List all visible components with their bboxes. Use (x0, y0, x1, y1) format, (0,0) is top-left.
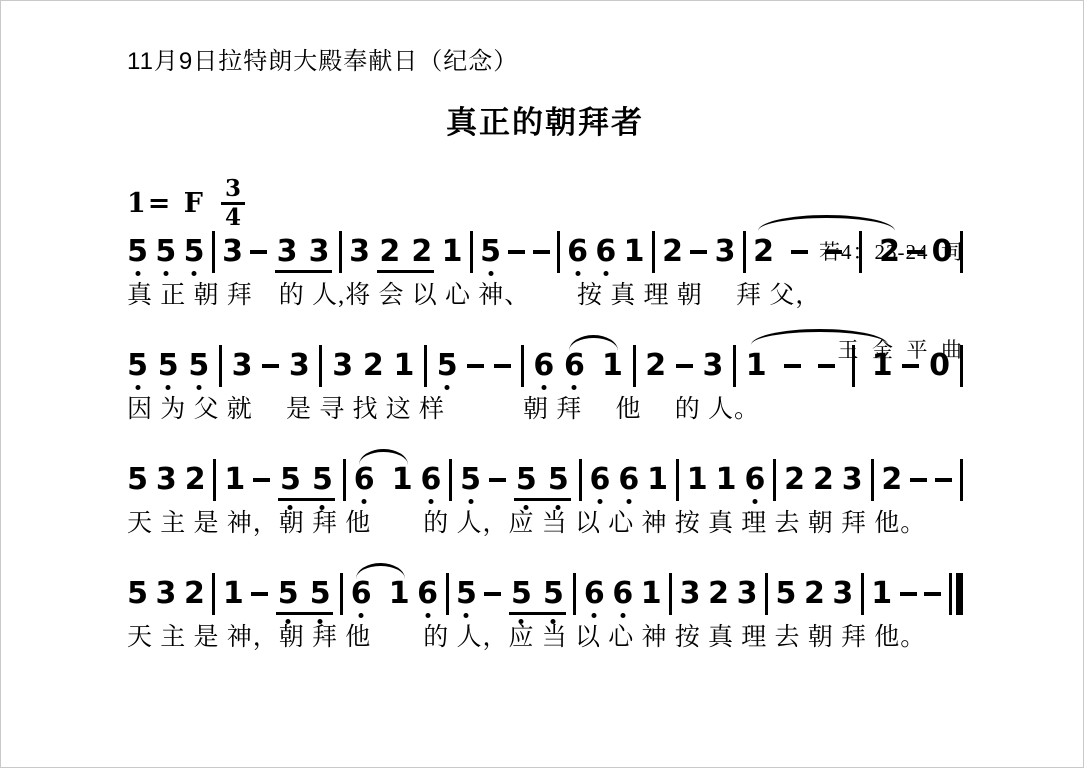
slur-tie-group: 11 (746, 345, 893, 387)
note: 0 (932, 237, 953, 267)
duration-dash (818, 364, 835, 368)
duration-dash (533, 250, 550, 254)
note-low-octave: 5 (516, 465, 537, 495)
note: 2 (645, 351, 666, 381)
duration-dash (690, 250, 707, 254)
note: 2 (753, 237, 774, 267)
barline (960, 345, 963, 387)
barline (446, 573, 449, 615)
note-low-octave: 6 (589, 465, 610, 495)
barline (579, 459, 582, 501)
note: 5 (775, 579, 796, 609)
duration-dash (907, 250, 924, 254)
duration-dash (676, 364, 693, 368)
duration-dash (900, 592, 917, 596)
credits-block: 若4：23-24 词 王 金 平 曲 (819, 171, 963, 431)
note-low-octave: 5 (127, 351, 148, 381)
barline (852, 345, 855, 387)
note: 2 (411, 237, 432, 267)
note-low-octave: 6 (420, 465, 441, 495)
eighth-note-beam-group: 55 (278, 465, 335, 495)
eighth-note-beam-group: 55 (514, 465, 571, 495)
note: 3 (832, 579, 853, 609)
eighth-note-beam-group: 55 (509, 579, 566, 609)
final-barline-thick (956, 573, 963, 615)
note-low-octave: 6 (354, 465, 375, 495)
music-system-3: 5321556165556611162232 天 主 是 神，朝 拜 他 的 人… (127, 457, 963, 541)
note: 1 (442, 237, 463, 267)
note: 1 (223, 579, 244, 609)
note: 1 (393, 351, 414, 381)
note: 2 (804, 579, 825, 609)
eighth-note-beam-group: 33 (275, 237, 332, 267)
note-low-octave: 5 (456, 579, 477, 609)
barline (652, 231, 655, 273)
note: 2 (813, 465, 834, 495)
note-low-octave: 6 (564, 351, 585, 381)
note: 3 (680, 579, 701, 609)
barline (861, 573, 864, 615)
note: 1 (746, 351, 767, 381)
duration-dash (250, 250, 267, 254)
slur-tie-group: 22 (753, 231, 900, 273)
eighth-note-beam-group: 22 (377, 237, 434, 267)
note-low-octave: 5 (310, 579, 331, 609)
key-prefix: 1= F (127, 188, 205, 219)
note: 3 (277, 237, 298, 267)
barline (424, 345, 427, 387)
barline (743, 231, 746, 273)
barline (339, 231, 342, 273)
note-low-octave: 5 (155, 237, 176, 267)
duration-dash (784, 364, 801, 368)
note: 2 (379, 237, 400, 267)
duration-dash (924, 592, 941, 596)
note: 5 (127, 579, 148, 609)
note: 2 (662, 237, 683, 267)
note-low-octave: 5 (543, 579, 564, 609)
music-system-4: 5321556165556613235231 天 主 是 神，朝 拜 他 的 人… (127, 571, 963, 655)
note: 3 (232, 351, 253, 381)
duration-dash (251, 592, 268, 596)
notation-line-4: 5321556165556613235231 (127, 571, 963, 617)
barline (212, 231, 215, 273)
note: 1 (224, 465, 245, 495)
note-low-octave: 6 (417, 579, 438, 609)
slur-tie-group: 61 (564, 351, 623, 381)
barline (449, 459, 452, 501)
note: 2 (708, 579, 729, 609)
notation-line-1: 5553333221566123220 (127, 229, 963, 275)
note: 3 (737, 579, 758, 609)
barline (219, 345, 222, 387)
slur-tie-group: 61 (351, 579, 410, 609)
sheet-music-page: 11月9日拉特朗大殿奉献日（纪念） 真正的朝拜者 1= F 3 4 若4：23-… (0, 0, 1084, 768)
time-signature-numerator: 3 (221, 177, 245, 205)
key-signature: 1= F 3 4 (127, 177, 245, 230)
note: 2 (363, 351, 384, 381)
note-low-octave: 6 (584, 579, 605, 609)
duration-dash (262, 364, 279, 368)
note: 2 (184, 579, 205, 609)
barline (871, 459, 874, 501)
barline (859, 231, 862, 273)
note-low-octave: 6 (618, 465, 639, 495)
note: 1 (389, 579, 410, 609)
note: 1 (624, 237, 645, 267)
barline (676, 459, 679, 501)
barline (557, 231, 560, 273)
note-low-octave: 6 (567, 237, 588, 267)
duration-dash (489, 478, 506, 482)
duration-dash (791, 250, 808, 254)
note-low-octave: 5 (127, 237, 148, 267)
note: 1 (872, 351, 893, 381)
barline (319, 345, 322, 387)
final-barline-thin (949, 573, 952, 615)
duration-dash (902, 364, 919, 368)
note-low-octave: 5 (460, 465, 481, 495)
barline (960, 459, 963, 501)
note: 3 (842, 465, 863, 495)
note: 3 (156, 465, 177, 495)
lyrics-line-3: 天 主 是 神，朝 拜 他 的 人，应 当 以 心 神 按 真 理 去 朝 拜 … (127, 507, 963, 541)
duration-dash (825, 250, 842, 254)
barline (340, 573, 343, 615)
note: 0 (929, 351, 950, 381)
note-low-octave: 5 (188, 351, 209, 381)
time-signature: 3 4 (221, 177, 245, 230)
note: 2 (881, 465, 902, 495)
barline (773, 459, 776, 501)
notation-line-2: 55533321566123110 (127, 343, 963, 389)
notation-line-3: 5321556165556611162232 (127, 457, 963, 503)
duration-dash (910, 478, 927, 482)
barline (521, 345, 524, 387)
note: 1 (647, 465, 668, 495)
note: 3 (289, 351, 310, 381)
duration-dash (467, 364, 484, 368)
barline (633, 345, 636, 387)
song-title: 真正的朝拜者 (127, 104, 963, 141)
note-low-octave: 6 (351, 579, 372, 609)
note: 2 (185, 465, 206, 495)
time-signature-denominator: 4 (225, 205, 241, 230)
barline (960, 231, 963, 273)
barline (212, 573, 215, 615)
note-low-octave: 5 (312, 465, 333, 495)
note-low-octave: 5 (158, 351, 179, 381)
lyrics-line-4: 天 主 是 神，朝 拜 他 的 人，应 当 以 心 神 按 真 理 去 朝 拜 … (127, 621, 963, 655)
note-low-octave: 6 (612, 579, 633, 609)
note: 1 (716, 465, 737, 495)
note: 2 (879, 237, 900, 267)
note: 3 (222, 237, 243, 267)
note: 3 (715, 237, 736, 267)
note: 3 (332, 351, 353, 381)
note-low-octave: 6 (533, 351, 554, 381)
note-low-octave: 5 (278, 579, 299, 609)
note: 3 (309, 237, 330, 267)
barline (733, 345, 736, 387)
note: 1 (871, 579, 892, 609)
note-low-octave: 5 (437, 351, 458, 381)
barline (669, 573, 672, 615)
feast-day-label: 11月9日拉特朗大殿奉献日（纪念） (127, 41, 963, 76)
barline (573, 573, 576, 615)
note-low-octave: 5 (280, 465, 301, 495)
note-low-octave: 5 (548, 465, 569, 495)
eighth-note-beam-group: 55 (276, 579, 333, 609)
note: 3 (349, 237, 370, 267)
note-low-octave: 6 (744, 465, 765, 495)
note: 3 (702, 351, 723, 381)
barline (213, 459, 216, 501)
note: 1 (687, 465, 708, 495)
note-low-octave: 6 (595, 237, 616, 267)
note: 5 (127, 465, 148, 495)
duration-dash (508, 250, 525, 254)
slur-tie-group: 61 (354, 465, 413, 495)
note-low-octave: 5 (184, 237, 205, 267)
note: 3 (155, 579, 176, 609)
barline (470, 231, 473, 273)
duration-dash (253, 478, 270, 482)
note: 2 (784, 465, 805, 495)
barline (765, 573, 768, 615)
barline (343, 459, 346, 501)
note: 1 (602, 351, 623, 381)
note-low-octave: 5 (511, 579, 532, 609)
final-barline (949, 573, 963, 615)
note: 1 (392, 465, 413, 495)
duration-dash (494, 364, 511, 368)
note-low-octave: 5 (480, 237, 501, 267)
note: 1 (641, 579, 662, 609)
duration-dash (484, 592, 501, 596)
duration-dash (935, 478, 952, 482)
